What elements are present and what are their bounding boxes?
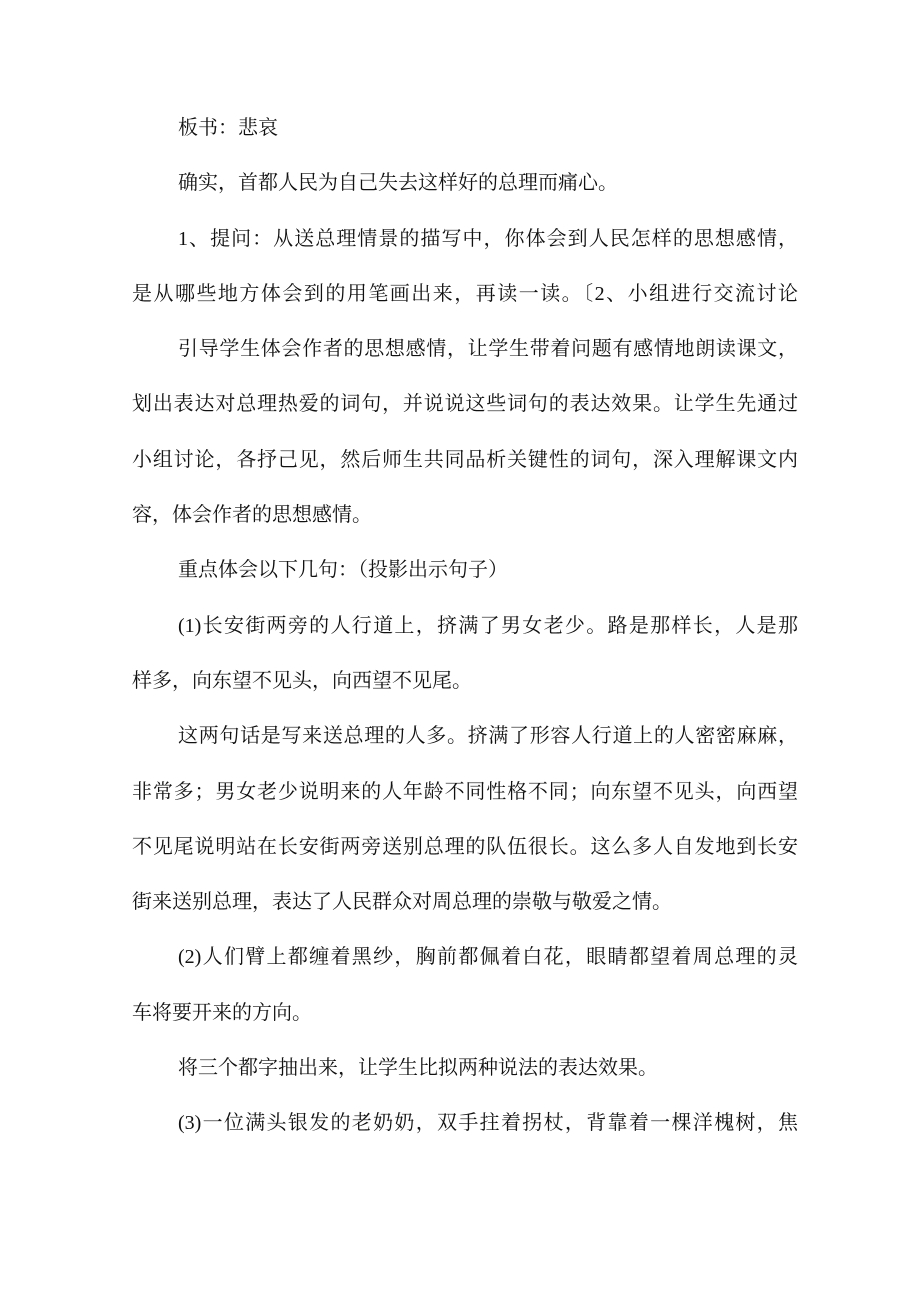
text-line: 引导学生体会作者的思想感情，让学生带着问题有感情地朗读课文， (132, 322, 798, 377)
text-line: (1)长安街两旁的人行道上，挤满了男女老少。路是那样长，人是那 (132, 599, 798, 654)
text-line: 划出表达对总理热爱的词句，并说说这些词句的表达效果。让学生先通过 (132, 377, 798, 432)
text-line: 车将要开来的方向。 (132, 986, 798, 1041)
document-page: 板书：悲哀 确实，首都人民为自己失去这样好的总理而痛心。 1、提问：从送总理情景… (0, 0, 920, 1301)
document-text: 板书：悲哀 确实，首都人民为自己失去这样好的总理而痛心。 1、提问：从送总理情景… (132, 101, 798, 1152)
text-line: 是从哪些地方体会到的用笔画出来，再读一读。〔2、小组进行交流讨论 (132, 267, 798, 322)
text-line: 容，体会作者的思想感情。 (132, 488, 798, 543)
text-line: 小组讨论，各抒己见，然后师生共同品析关键性的词句，深入理解课文内 (132, 433, 798, 488)
text-line: 非常多；男女老少说明来的人年龄不同性格不同；向东望不见头，向西望 (132, 765, 798, 820)
text-line: (3)一位满头银发的老奶奶，双手拄着拐杖，背靠着一棵洋槐树，焦 (132, 1096, 798, 1151)
text-line: 这两句话是写来送总理的人多。挤满了形容人行道上的人密密麻麻， (132, 709, 798, 764)
text-line: 确实，首都人民为自己失去这样好的总理而痛心。 (132, 156, 798, 211)
text-line: 1、提问：从送总理情景的描写中，你体会到人民怎样的思想感情， (132, 212, 798, 267)
text-line: 样多，向东望不见头，向西望不见尾。 (132, 654, 798, 709)
text-line: 街来送别总理，表达了人民群众对周总理的崇敬与敬爱之情。 (132, 875, 798, 930)
text-line: 重点体会以下几句：（投影出示句子） (132, 543, 798, 598)
text-line: 将三个都字抽出来，让学生比拟两种说法的表达效果。 (132, 1041, 798, 1096)
text-line: (2)人们臂上都缠着黑纱，胸前都佩着白花，眼睛都望着周总理的灵 (132, 930, 798, 985)
text-line: 板书：悲哀 (132, 101, 798, 156)
text-line: 不见尾说明站在长安街两旁送别总理的队伍很长。这么多人自发地到长安 (132, 820, 798, 875)
